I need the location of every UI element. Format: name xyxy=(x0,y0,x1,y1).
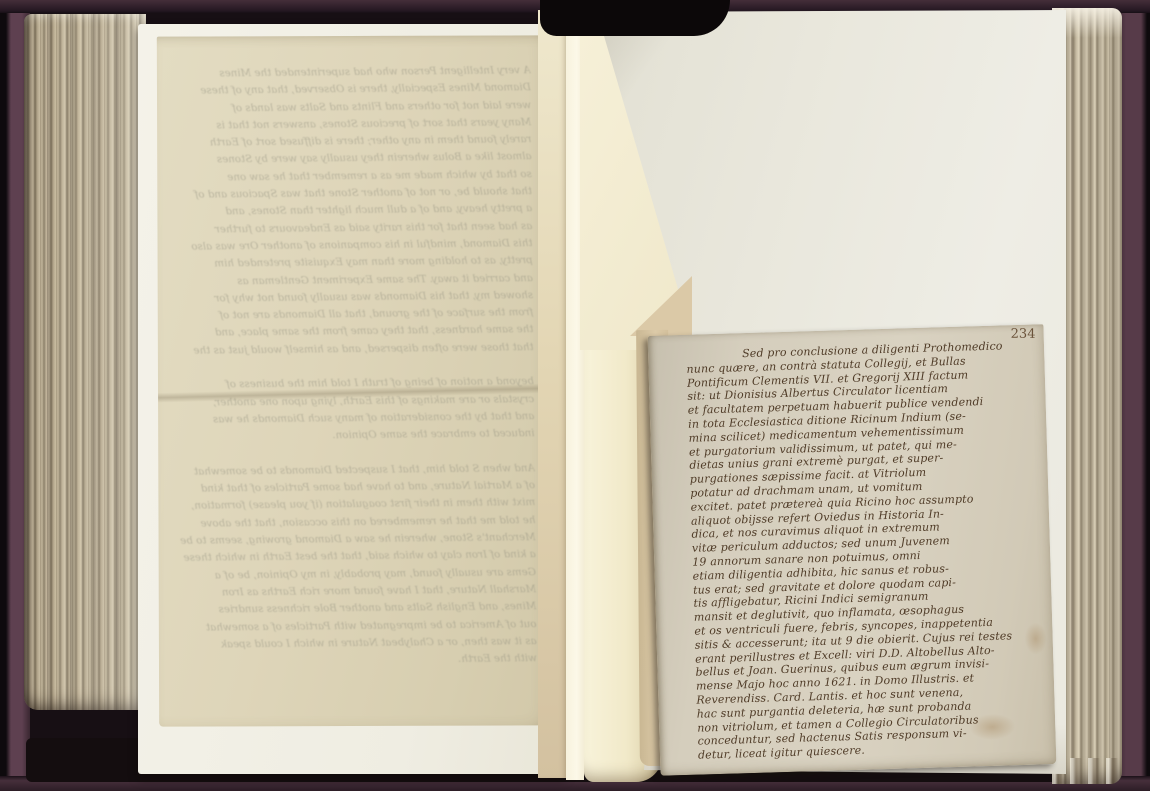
ink-stain xyxy=(1024,622,1047,655)
left-page-stack-fore-edge xyxy=(24,14,146,710)
book-photograph: A very Intelligent Person who had superi… xyxy=(0,0,1150,791)
ink-stain xyxy=(969,713,1016,740)
gutter-backing-band xyxy=(538,10,566,778)
manuscript-leaf: 234 Sed pro conclusione a diligenti Prot… xyxy=(648,324,1057,776)
page-number: 234 xyxy=(1011,327,1036,342)
gutter-top-shadow xyxy=(540,0,730,36)
manuscript-text: Sed pro conclusione a diligenti Prothome… xyxy=(686,339,1044,763)
text-line: with the Earth. xyxy=(181,650,537,671)
left-page-verso: A very Intelligent Person who had superi… xyxy=(157,35,551,726)
